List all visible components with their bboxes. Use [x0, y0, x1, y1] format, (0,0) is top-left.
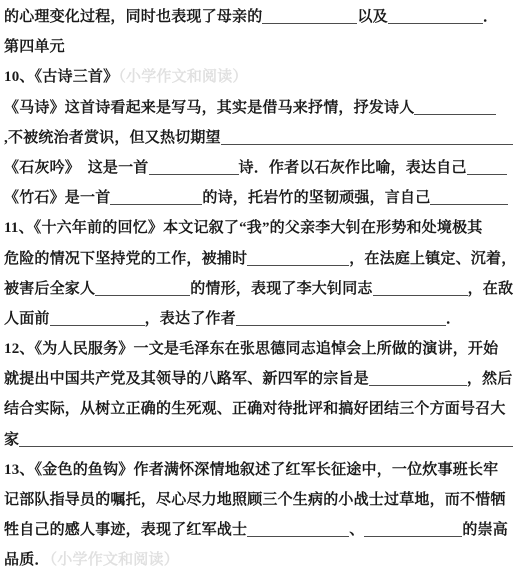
document-line: 牲自己的感人事迹，表现了红军战士、的崇高	[4, 515, 520, 545]
document-line: 12、《为人民服务》一文是毛泽东在张思德同志追悼会上所做的演讲，开始	[4, 334, 520, 364]
watermark-text: （小学作文和阅读）	[50, 552, 179, 568]
fill-in-blank-line	[19, 431, 513, 447]
document-line: 《石灰吟》 这是一首诗．作者以石灰作比喻，表达自己	[4, 153, 520, 183]
document-line: 10、《古诗三首》（小学作文和阅读）	[4, 62, 520, 92]
text-segment: ，然后	[467, 371, 513, 387]
document-line: 家	[4, 425, 520, 455]
text-segment: 就提出中国共产党及其领导的八路军、新四军的宗旨是	[4, 371, 369, 387]
text-segment: 13、《金色的鱼钩》作者满怀深情地叙述了红军长征途中，一位炊事班长牢	[4, 462, 498, 478]
text-segment: 的崇高	[462, 522, 508, 538]
text-segment: 《石灰吟》 这是一首	[4, 160, 149, 176]
text-segment: ．	[483, 9, 498, 25]
fill-in-blank-line	[414, 99, 496, 115]
text-segment: 以及	[357, 9, 387, 25]
text-segment: 的情形，表现了李大钊同志	[190, 281, 372, 297]
text-segment: 牲自己的感人事迹，表现了红军战士	[4, 522, 247, 538]
text-segment: 、	[349, 522, 364, 538]
document-line: 人面前，表达了作者．	[4, 304, 520, 334]
text-segment: 11、《十六年前的回忆》本文记叙了“我”的父亲李大钊在形势和处境极其	[4, 220, 482, 236]
text-segment: 的诗，托岩竹的坚韧顽强，言自己	[202, 190, 430, 206]
fill-in-blank-line	[369, 370, 467, 386]
document-line: 第四单元	[4, 32, 520, 62]
fill-in-blank-line	[373, 280, 468, 296]
fill-in-blank-line	[467, 159, 507, 175]
document-line: 品质．（小学作文和阅读）	[4, 545, 520, 575]
document-line: 危险的情况下坚持党的工作，被捕时，在法庭上镇定、沉着，	[4, 244, 520, 274]
document-line: 就提出中国共产党及其领导的八路军、新四军的宗旨是，然后	[4, 364, 520, 394]
document-line: 结合实际，从树立正确的生死观、正确对待批评和搞好团结三个方面号召大	[4, 394, 520, 424]
text-segment: 结合实际，从树立正确的生死观、正确对待批评和搞好团结三个方面号召大	[4, 401, 506, 417]
text-segment: 家	[4, 432, 19, 448]
document-line: 的心理变化过程，同时也表现了母亲的以及．	[4, 2, 520, 32]
fill-in-blank-line	[247, 250, 349, 266]
text-segment: ，表达了作者	[145, 311, 236, 327]
fill-in-blank-line	[247, 521, 349, 537]
text-segment: 《马诗》这首诗看起来是写马，其实是借马来抒情，抒发诗人	[4, 100, 414, 116]
text-segment: 12、《为人民服务》一文是毛泽东在张思德同志追悼会上所做的演讲，开始	[4, 341, 498, 357]
text-segment: 记部队指导员的嘱托，尽心尽力地照顾三个生病的小战士过草地，而不惜牺	[4, 492, 506, 508]
fill-in-blank-line	[110, 189, 202, 205]
text-segment: 被害后全家人	[4, 281, 95, 297]
document-line: 被害后全家人的情形，表现了李大钊同志，在敌	[4, 274, 520, 304]
fill-in-blank-line	[221, 129, 513, 145]
fill-in-blank-line	[364, 521, 462, 537]
text-segment: 诗．作者以石灰作比喻，表达自己	[239, 160, 467, 176]
document-line: 11、《十六年前的回忆》本文记叙了“我”的父亲李大钊在形势和处境极其	[4, 213, 520, 243]
document-page: 的心理变化过程，同时也表现了母亲的以及．第四单元10、《古诗三首》（小学作文和阅…	[0, 0, 523, 577]
watermark-text: （小学作文和阅读）	[118, 69, 247, 85]
text-segment: 人面前	[4, 311, 50, 327]
text-segment: 的心理变化过程，同时也表现了母亲的	[4, 9, 262, 25]
text-segment: ,不被统治者赏识，但又热切期望	[4, 130, 221, 146]
text-segment: 《竹石》是一首	[4, 190, 110, 206]
document-line: ,不被统治者赏识，但又热切期望	[4, 123, 520, 153]
document-line: 13、《金色的鱼钩》作者满怀深情地叙述了红军长征途中，一位炊事班长牢	[4, 455, 520, 485]
text-segment: 10、《古诗三首》	[4, 69, 118, 85]
text-segment: ．	[446, 311, 461, 327]
fill-in-blank-line	[149, 159, 239, 175]
document-line: 《马诗》这首诗看起来是写马，其实是借马来抒情，抒发诗人	[4, 93, 520, 123]
text-segment: 危险的情况下坚持党的工作，被捕时	[4, 251, 247, 267]
fill-in-blank-line	[262, 8, 357, 24]
fill-in-blank-line	[236, 310, 446, 326]
fill-in-blank-line	[95, 280, 190, 296]
text-segment: 第四单元	[4, 39, 65, 55]
text-segment: 品质．	[4, 552, 50, 568]
text-segment: ，在法庭上镇定、沉着，	[349, 251, 516, 267]
document-line: 记部队指导员的嘱托，尽心尽力地照顾三个生病的小战士过草地，而不惜牺	[4, 485, 520, 515]
fill-in-blank-line	[430, 189, 508, 205]
fill-in-blank-line	[388, 8, 483, 24]
fill-in-blank-line	[50, 310, 145, 326]
text-segment: ，在敌	[468, 281, 514, 297]
document-line: 《竹石》是一首的诗，托岩竹的坚韧顽强，言自己	[4, 183, 520, 213]
